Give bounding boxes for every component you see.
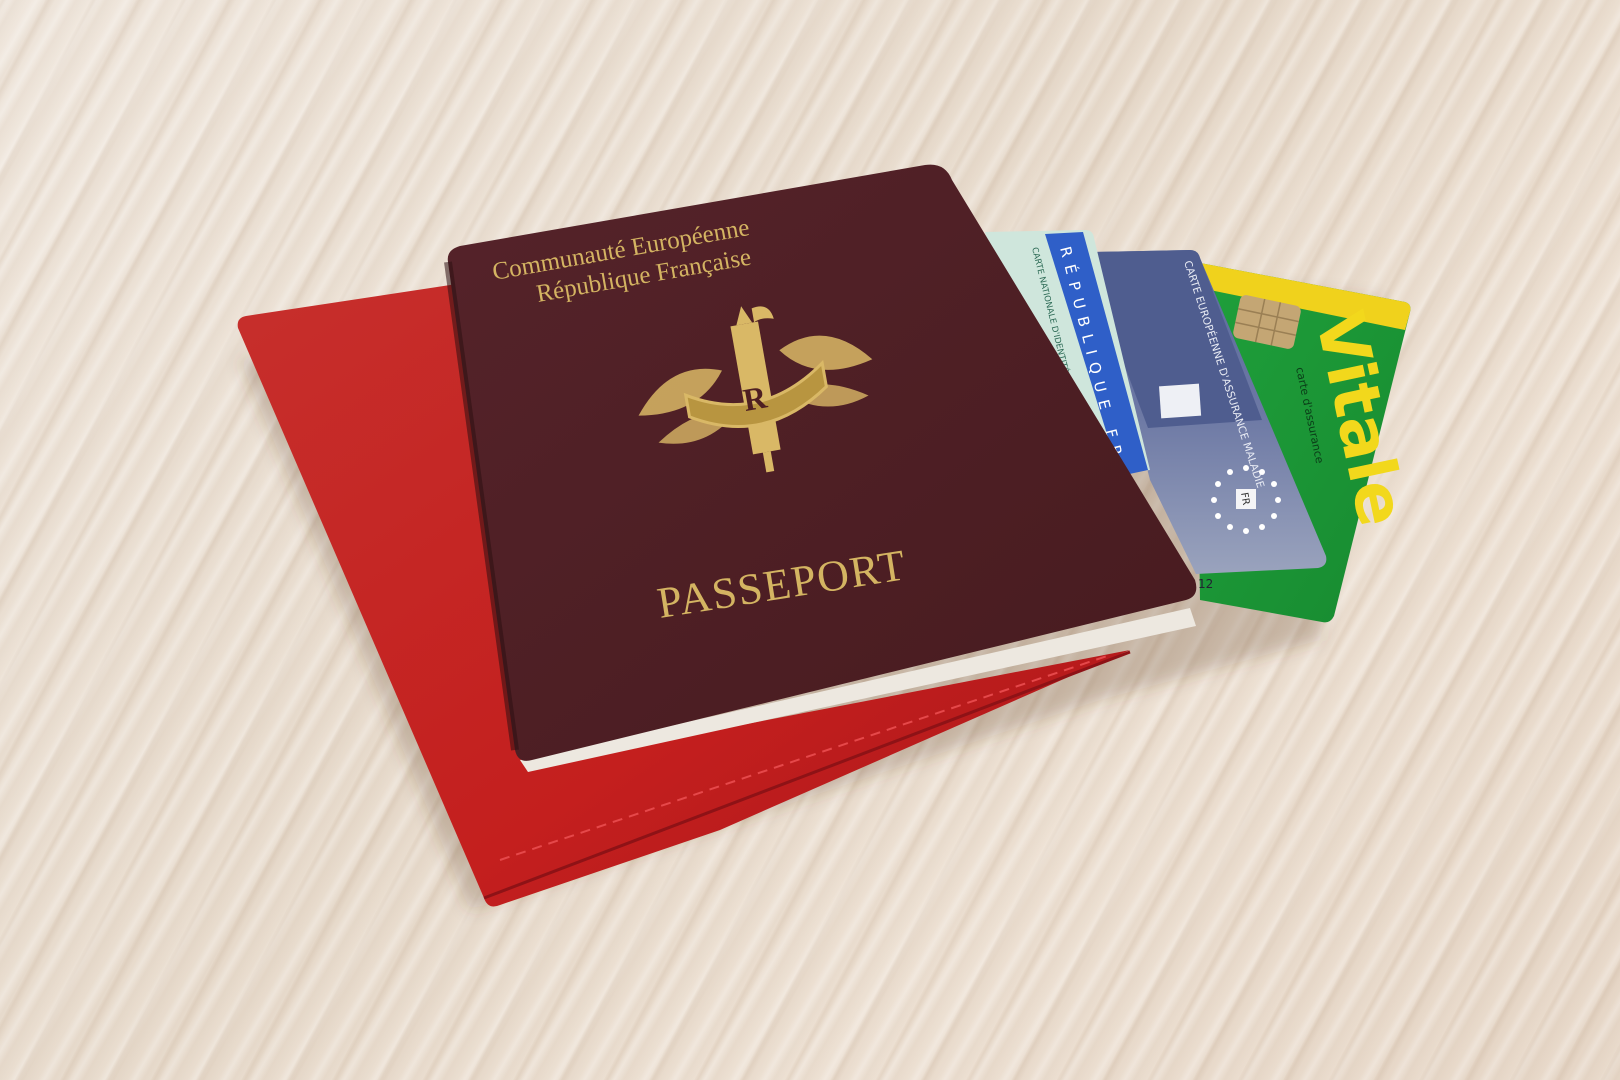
documents-illustration: Vitale carte d'assurance CARTE EUROPÉENN… (0, 0, 1620, 1080)
ehic-country-code: FR (1238, 492, 1251, 506)
ehic-number-fragment: 12 (1198, 577, 1213, 591)
photo-scene: Vitale carte d'assurance CARTE EUROPÉENN… (0, 0, 1620, 1080)
